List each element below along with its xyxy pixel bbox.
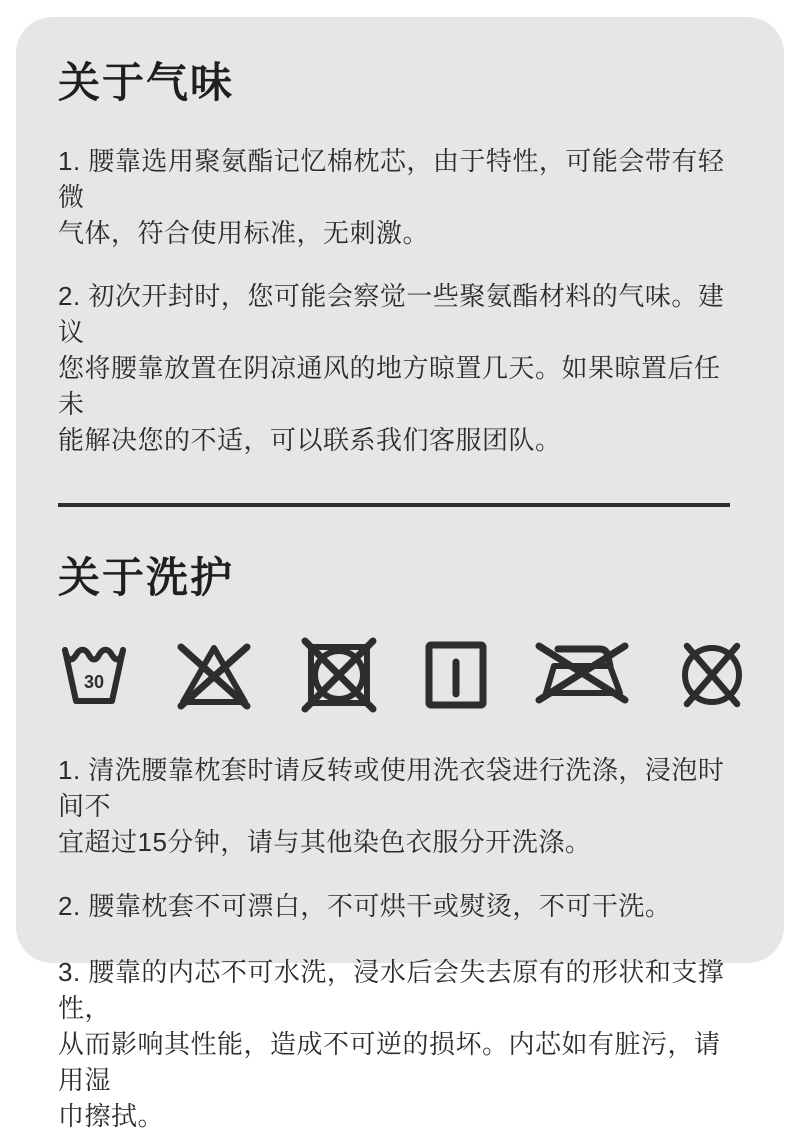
care-paragraph-3: 3. 腰靠的内芯不可水洗，浸水后会失去原有的形状和支撑性， 从而影响其性能，造成… <box>58 954 746 977</box>
drip-dry-icon <box>423 637 489 713</box>
care-paragraph-1: 1. 清洗腰靠枕套时请反转或使用洗衣袋进行洗涤，浸泡时间不 宜超过15分钟，请与… <box>58 752 746 860</box>
wash-30-icon: 30 <box>58 638 130 712</box>
odor-paragraph-1: 1. 腰靠选用聚氨酯记忆棉枕芯，由于特性，可能会带有轻微 气体，符合使用标准，无… <box>58 143 746 251</box>
do-not-bleach-icon <box>174 638 254 712</box>
odor-paragraph-2: 2. 初次开封时，您可能会察觉一些聚氨酯材料的气味。建议 您将腰靠放置在阴凉通风… <box>58 278 746 458</box>
care-paragraph-2: 2. 腰靠枕套不可漂白，不可烘干或熨烫，不可干洗。 <box>58 888 746 924</box>
odor-section-title: 关于气味 <box>58 61 746 105</box>
care-info-card: 关于气味 1. 腰靠选用聚氨酯记忆棉枕芯，由于特性，可能会带有轻微 气体，符合使… <box>16 17 784 963</box>
do-not-iron-icon <box>534 636 630 714</box>
section-divider <box>58 503 730 507</box>
laundry-care-icons-row: 30 <box>58 632 750 718</box>
do-not-tumble-dry-icon <box>299 635 379 715</box>
wash-temperature-label: 30 <box>84 672 104 692</box>
do-not-dry-clean-icon <box>674 639 750 711</box>
care-section-title: 关于洗护 <box>58 556 746 600</box>
